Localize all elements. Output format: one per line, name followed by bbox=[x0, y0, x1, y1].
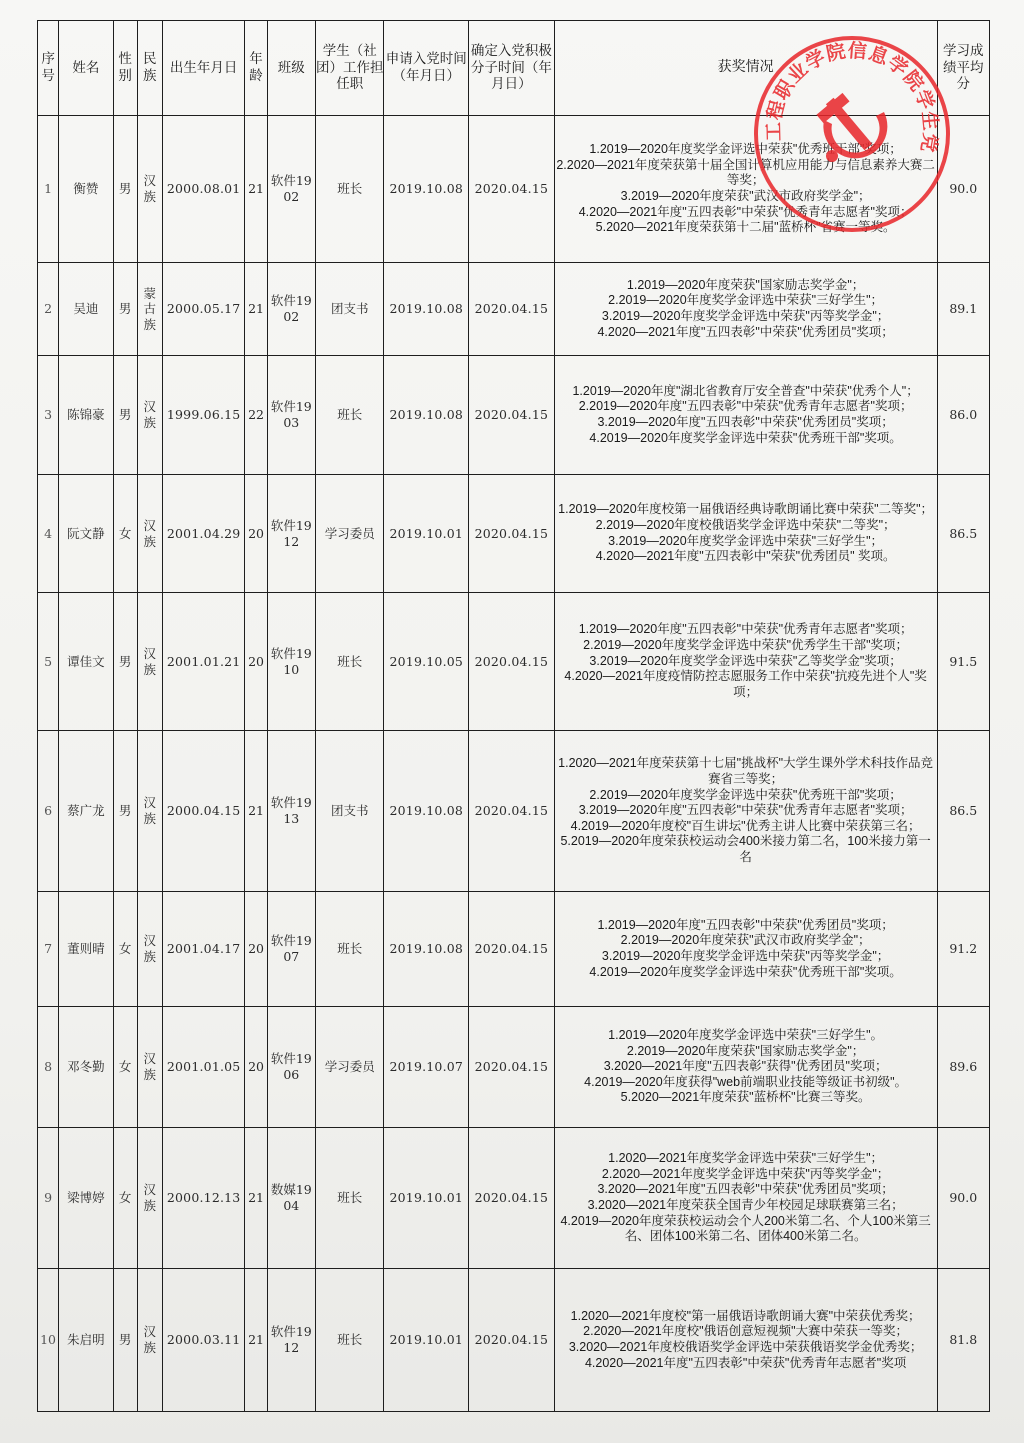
header-class: 班级 bbox=[267, 21, 315, 116]
cell-name: 谭佳文 bbox=[59, 593, 113, 731]
cell-avg-score: 89.1 bbox=[937, 263, 989, 356]
cell-apply-date: 2019.10.05 bbox=[384, 593, 469, 731]
header-index: 序号 bbox=[38, 21, 59, 116]
party-activist-roster-table: 序号 姓名 性别 民族 出生年月日 年龄 班级 学生（社团）工作担任职 申请入党… bbox=[37, 20, 990, 1412]
award-item: 1.2019—2020年度"湖北省教育厅安全普查"中荣获"优秀个人"； bbox=[555, 384, 937, 400]
cell-birth-date: 2001.04.29 bbox=[162, 475, 245, 593]
award-item: 5.2020—2021年度荣获第十二届"蓝桥杯"省赛一等奖。 bbox=[555, 220, 937, 236]
award-item: 2.2019—2020年度"五四表彰"中荣获"优秀青年志愿者"奖项； bbox=[555, 399, 937, 415]
cell-activist-date: 2020.04.15 bbox=[469, 1007, 555, 1128]
cell-activist-date: 2020.04.15 bbox=[469, 892, 555, 1007]
header-ethnicity: 民族 bbox=[137, 21, 162, 116]
cell-index: 2 bbox=[38, 263, 59, 356]
table-header-row: 序号 姓名 性别 民族 出生年月日 年龄 班级 学生（社团）工作担任职 申请入党… bbox=[38, 21, 990, 116]
cell-apply-date: 2019.10.01 bbox=[384, 1128, 469, 1269]
cell-name: 梁博婷 bbox=[59, 1128, 113, 1269]
cell-role: 班长 bbox=[315, 593, 384, 731]
table-row: 1衡赞男汉族2000.08.0121软件1902班长2019.10.082020… bbox=[38, 116, 990, 263]
cell-ethnicity: 汉族 bbox=[137, 731, 162, 892]
cell-class: 软件1912 bbox=[267, 1269, 315, 1412]
cell-name: 朱启明 bbox=[59, 1269, 113, 1412]
cell-birth-date: 2001.01.05 bbox=[162, 1007, 245, 1128]
award-item: 1.2020—2021年度校"第一届俄语诗歌朗诵大赛"中荣获优秀奖； bbox=[555, 1309, 937, 1325]
award-item: 4.2019—2020年度校"百生讲坛"优秀主讲人比赛中荣获第三名； bbox=[555, 819, 937, 835]
cell-ethnicity: 汉族 bbox=[137, 475, 162, 593]
cell-avg-score: 90.0 bbox=[937, 116, 989, 263]
cell-name: 董则晴 bbox=[59, 892, 113, 1007]
cell-ethnicity: 汉族 bbox=[137, 1269, 162, 1412]
cell-age: 21 bbox=[245, 116, 267, 263]
award-item: 3.2019—2020年度"五四表彰"中荣获"优秀青年志愿者"奖项； bbox=[555, 803, 937, 819]
cell-birth-date: 2001.01.21 bbox=[162, 593, 245, 731]
cell-birth-date: 1999.06.15 bbox=[162, 356, 245, 475]
document-sheet: 序号 姓名 性别 民族 出生年月日 年龄 班级 学生（社团）工作担任职 申请入党… bbox=[0, 0, 1024, 1443]
cell-index: 3 bbox=[38, 356, 59, 475]
table-row: 3陈锦豪男汉族1999.06.1522软件1903班长2019.10.08202… bbox=[38, 356, 990, 475]
cell-activist-date: 2020.04.15 bbox=[469, 1128, 555, 1269]
cell-avg-score: 86.0 bbox=[937, 356, 989, 475]
award-item: 4.2019—2020年度奖学金评选中荣获"优秀班干部"奖项。 bbox=[555, 431, 937, 447]
cell-ethnicity: 汉族 bbox=[137, 1128, 162, 1269]
cell-awards: 1.2019—2020年度"五四表彰"中荣获"优秀团员"奖项；2.2019—20… bbox=[554, 892, 937, 1007]
award-item: 2.2019—2020年度奖学金评选中荣获"优秀班干部"奖项； bbox=[555, 788, 937, 804]
award-item: 4.2020—2021年度"五四表彰"中荣获"优秀青年志愿者"奖项； bbox=[555, 205, 937, 221]
cell-ethnicity: 汉族 bbox=[137, 593, 162, 731]
award-item: 4.2020—2021年度"五四表彰"中荣获"优秀团员"奖项； bbox=[555, 325, 937, 341]
cell-name: 蔡广龙 bbox=[59, 731, 113, 892]
cell-awards: 1.2020—2021年度校"第一届俄语诗歌朗诵大赛"中荣获优秀奖；2.2020… bbox=[554, 1269, 937, 1412]
cell-avg-score: 81.8 bbox=[937, 1269, 989, 1412]
header-apply-date: 申请入党时间（年月日） bbox=[384, 21, 469, 116]
award-item: 1.2019—2020年度荣获"国家励志奖学金"； bbox=[555, 278, 937, 294]
cell-awards: 1.2019—2020年度荣获"国家励志奖学金"；2.2019—2020年度奖学… bbox=[554, 263, 937, 356]
award-item: 3.2020—2021年度"五四表彰"中荣获"优秀团员"奖项； bbox=[555, 1182, 937, 1198]
cell-avg-score: 91.2 bbox=[937, 892, 989, 1007]
award-item: 3.2019—2020年度奖学金评选中荣获"乙等奖学金"奖项； bbox=[555, 654, 937, 670]
cell-class: 软件1912 bbox=[267, 475, 315, 593]
award-item: 5.2019—2020年度荣获校运动会400米接力第二名，100米接力第一名 bbox=[555, 834, 937, 865]
award-item: 1.2020—2021年度荣获第十七届"挑战杯"大学生课外学术科技作品竞赛省三等… bbox=[555, 756, 937, 787]
cell-awards: 1.2019—2020年度"五四表彰"中荣获"优秀青年志愿者"奖项；2.2019… bbox=[554, 593, 937, 731]
award-item: 2.2020—2021年度校"俄语创意短视频"大赛中荣获一等奖； bbox=[555, 1324, 937, 1340]
award-item: 3.2020—2021年度荣获全国青少年校园足球联赛第三名； bbox=[555, 1198, 937, 1214]
cell-awards: 1.2019—2020年度"湖北省教育厅安全普查"中荣获"优秀个人"；2.201… bbox=[554, 356, 937, 475]
cell-age: 20 bbox=[245, 892, 267, 1007]
cell-activist-date: 2020.04.15 bbox=[469, 1269, 555, 1412]
cell-gender: 男 bbox=[113, 356, 137, 475]
cell-birth-date: 2000.05.17 bbox=[162, 263, 245, 356]
cell-avg-score: 89.6 bbox=[937, 1007, 989, 1128]
cell-activist-date: 2020.04.15 bbox=[469, 731, 555, 892]
cell-birth-date: 2000.04.15 bbox=[162, 731, 245, 892]
cell-gender: 男 bbox=[113, 593, 137, 731]
cell-apply-date: 2019.10.07 bbox=[384, 1007, 469, 1128]
cell-age: 20 bbox=[245, 1007, 267, 1128]
award-item: 2.2019—2020年度荣获"国家励志奖学金"； bbox=[555, 1044, 937, 1060]
cell-role: 班长 bbox=[315, 1269, 384, 1412]
header-birth-date: 出生年月日 bbox=[162, 21, 245, 116]
cell-age: 21 bbox=[245, 263, 267, 356]
cell-index: 5 bbox=[38, 593, 59, 731]
header-name: 姓名 bbox=[59, 21, 113, 116]
cell-awards: 1.2020—2021年度荣获第十七届"挑战杯"大学生课外学术科技作品竞赛省三等… bbox=[554, 731, 937, 892]
cell-apply-date: 2019.10.01 bbox=[384, 1269, 469, 1412]
cell-name: 邓冬勤 bbox=[59, 1007, 113, 1128]
cell-ethnicity: 蒙古族 bbox=[137, 263, 162, 356]
cell-age: 20 bbox=[245, 475, 267, 593]
table-row: 2吴迪男蒙古族2000.05.1721软件1902团支书2019.10.0820… bbox=[38, 263, 990, 356]
award-item: 3.2019—2020年度"五四表彰"中荣获"优秀团员"奖项； bbox=[555, 415, 937, 431]
award-item: 3.2020—2021年度"五四表彰"获得"优秀团员"奖项； bbox=[555, 1059, 937, 1075]
cell-index: 9 bbox=[38, 1128, 59, 1269]
award-item: 4.2020—2021年度"五四表彰中"荣获"优秀团员" 奖项。 bbox=[555, 549, 937, 565]
cell-class: 软件1902 bbox=[267, 263, 315, 356]
cell-ethnicity: 汉族 bbox=[137, 356, 162, 475]
cell-birth-date: 2000.03.11 bbox=[162, 1269, 245, 1412]
cell-awards: 1.2019—2020年度奖学金评选中荣获"优秀班干部"奖项；2.2020—20… bbox=[554, 116, 937, 263]
cell-index: 4 bbox=[38, 475, 59, 593]
cell-role: 团支书 bbox=[315, 263, 384, 356]
award-item: 4.2019—2020年度荣获校运动会个人200米第二名、个人100米第三名、团… bbox=[555, 1214, 937, 1245]
award-item: 3.2019—2020年度奖学金评选中荣获"丙等奖学金"； bbox=[555, 309, 937, 325]
cell-birth-date: 2001.04.17 bbox=[162, 892, 245, 1007]
award-item: 2.2019—2020年度奖学金评选中荣获"三好学生"； bbox=[555, 293, 937, 309]
cell-index: 10 bbox=[38, 1269, 59, 1412]
cell-avg-score: 90.0 bbox=[937, 1128, 989, 1269]
header-awards: 获奖情况 bbox=[554, 21, 937, 116]
cell-index: 6 bbox=[38, 731, 59, 892]
cell-name: 吴迪 bbox=[59, 263, 113, 356]
cell-age: 21 bbox=[245, 1128, 267, 1269]
cell-gender: 男 bbox=[113, 263, 137, 356]
header-activist-date: 确定入党积极分子时间（年月日） bbox=[469, 21, 555, 116]
cell-activist-date: 2020.04.15 bbox=[469, 356, 555, 475]
header-age: 年龄 bbox=[245, 21, 267, 116]
cell-birth-date: 2000.08.01 bbox=[162, 116, 245, 263]
award-item: 3.2020—2021年度校俄语奖学金评选中荣获俄语奖学金优秀奖； bbox=[555, 1340, 937, 1356]
cell-name: 阮文静 bbox=[59, 475, 113, 593]
award-item: 2.2019—2020年度奖学金评选中荣获"优秀学生干部"奖项； bbox=[555, 638, 937, 654]
cell-role: 团支书 bbox=[315, 731, 384, 892]
cell-ethnicity: 汉族 bbox=[137, 116, 162, 263]
cell-apply-date: 2019.10.08 bbox=[384, 892, 469, 1007]
cell-role: 班长 bbox=[315, 356, 384, 475]
cell-age: 20 bbox=[245, 593, 267, 731]
award-item: 2.2019—2020年度校俄语奖学金评选中荣获"二等奖"； bbox=[555, 518, 937, 534]
cell-gender: 女 bbox=[113, 1128, 137, 1269]
award-item: 4.2020—2021年度"五四表彰"中荣获"优秀青年志愿者"奖项 bbox=[555, 1356, 937, 1372]
cell-class: 软件1913 bbox=[267, 731, 315, 892]
cell-ethnicity: 汉族 bbox=[137, 1007, 162, 1128]
cell-avg-score: 86.5 bbox=[937, 475, 989, 593]
cell-birth-date: 2000.12.13 bbox=[162, 1128, 245, 1269]
table-row: 8邓冬勤女汉族2001.01.0520软件1906学习委员2019.10.072… bbox=[38, 1007, 990, 1128]
cell-avg-score: 86.5 bbox=[937, 731, 989, 892]
header-gender: 性别 bbox=[113, 21, 137, 116]
award-item: 4.2020—2021年度疫情防控志愿服务工作中荣获"抗疫先进个人"奖项； bbox=[555, 669, 937, 700]
cell-gender: 女 bbox=[113, 892, 137, 1007]
award-item: 1.2019—2020年度奖学金评选中荣获"优秀班干部"奖项； bbox=[555, 142, 937, 158]
header-avg-score: 学习成绩平均分 bbox=[937, 21, 989, 116]
cell-age: 21 bbox=[245, 731, 267, 892]
award-item: 3.2019—2020年度荣获"武汉市政府奖学金"； bbox=[555, 189, 937, 205]
header-role: 学生（社团）工作担任职 bbox=[315, 21, 384, 116]
cell-avg-score: 91.5 bbox=[937, 593, 989, 731]
award-item: 1.2019—2020年度奖学金评选中荣获"三好学生"。 bbox=[555, 1028, 937, 1044]
award-item: 4.2019—2020年度获得"web前端职业技能等级证书初级"。 bbox=[555, 1075, 937, 1091]
cell-activist-date: 2020.04.15 bbox=[469, 475, 555, 593]
cell-class: 软件1902 bbox=[267, 116, 315, 263]
cell-apply-date: 2019.10.08 bbox=[384, 263, 469, 356]
cell-class: 数媒1904 bbox=[267, 1128, 315, 1269]
cell-class: 软件1910 bbox=[267, 593, 315, 731]
cell-awards: 1.2020—2021年度奖学金评选中荣获"三好学生"；2.2020—2021年… bbox=[554, 1128, 937, 1269]
table-row: 4阮文静女汉族2001.04.2920软件1912学习委员2019.10.012… bbox=[38, 475, 990, 593]
cell-age: 22 bbox=[245, 356, 267, 475]
cell-apply-date: 2019.10.08 bbox=[384, 356, 469, 475]
cell-role: 班长 bbox=[315, 892, 384, 1007]
cell-activist-date: 2020.04.15 bbox=[469, 263, 555, 356]
award-item: 2.2020—2021年度荣获第十届全国计算机应用能力与信息素养大赛二等奖； bbox=[555, 158, 937, 189]
cell-apply-date: 2019.10.08 bbox=[384, 116, 469, 263]
cell-gender: 男 bbox=[113, 116, 137, 263]
cell-role: 班长 bbox=[315, 1128, 384, 1269]
cell-name: 衡赞 bbox=[59, 116, 113, 263]
cell-name: 陈锦豪 bbox=[59, 356, 113, 475]
cell-gender: 女 bbox=[113, 475, 137, 593]
cell-ethnicity: 汉族 bbox=[137, 892, 162, 1007]
cell-activist-date: 2020.04.15 bbox=[469, 116, 555, 263]
award-item: 1.2020—2021年度奖学金评选中荣获"三好学生"； bbox=[555, 1151, 937, 1167]
cell-class: 软件1906 bbox=[267, 1007, 315, 1128]
table-row: 6蔡广龙男汉族2000.04.1521软件1913团支书2019.10.0820… bbox=[38, 731, 990, 892]
cell-index: 7 bbox=[38, 892, 59, 1007]
cell-apply-date: 2019.10.08 bbox=[384, 731, 469, 892]
cell-gender: 女 bbox=[113, 1007, 137, 1128]
cell-awards: 1.2019—2020年度奖学金评选中荣获"三好学生"。2.2019—2020年… bbox=[554, 1007, 937, 1128]
cell-gender: 男 bbox=[113, 731, 137, 892]
award-item: 1.2019—2020年度"五四表彰"中荣获"优秀青年志愿者"奖项； bbox=[555, 622, 937, 638]
award-item: 1.2019—2020年度校第一届俄语经典诗歌朗诵比赛中荣获"二等奖"； bbox=[555, 502, 937, 518]
cell-role: 班长 bbox=[315, 116, 384, 263]
award-item: 1.2019—2020年度"五四表彰"中荣获"优秀团员"奖项； bbox=[555, 918, 937, 934]
cell-index: 8 bbox=[38, 1007, 59, 1128]
award-item: 3.2019—2020年度奖学金评选中荣获"丙等奖学金"； bbox=[555, 949, 937, 965]
cell-gender: 男 bbox=[113, 1269, 137, 1412]
cell-apply-date: 2019.10.01 bbox=[384, 475, 469, 593]
cell-activist-date: 2020.04.15 bbox=[469, 593, 555, 731]
cell-role: 学习委员 bbox=[315, 1007, 384, 1128]
table-row: 5谭佳文男汉族2001.01.2120软件1910班长2019.10.05202… bbox=[38, 593, 990, 731]
award-item: 3.2019—2020年度奖学金评选中荣获"三好学生"； bbox=[555, 534, 937, 550]
table-row: 10朱启明男汉族2000.03.1121软件1912班长2019.10.0120… bbox=[38, 1269, 990, 1412]
cell-class: 软件1903 bbox=[267, 356, 315, 475]
award-item: 2.2019—2020年度荣获"武汉市政府奖学金"； bbox=[555, 933, 937, 949]
table-row: 7董则晴女汉族2001.04.1720软件1907班长2019.10.08202… bbox=[38, 892, 990, 1007]
cell-role: 学习委员 bbox=[315, 475, 384, 593]
award-item: 2.2020—2021年度奖学金评选中荣获"丙等奖学金"； bbox=[555, 1167, 937, 1183]
award-item: 4.2019—2020年度奖学金评选中荣获"优秀班干部"奖项。 bbox=[555, 965, 937, 981]
cell-age: 21 bbox=[245, 1269, 267, 1412]
cell-class: 软件1907 bbox=[267, 892, 315, 1007]
table-row: 9梁博婷女汉族2000.12.1321数媒1904班长2019.10.01202… bbox=[38, 1128, 990, 1269]
cell-index: 1 bbox=[38, 116, 59, 263]
cell-awards: 1.2019—2020年度校第一届俄语经典诗歌朗诵比赛中荣获"二等奖"；2.20… bbox=[554, 475, 937, 593]
award-item: 5.2020—2021年度荣获"蓝桥杯"比赛三等奖。 bbox=[555, 1090, 937, 1106]
